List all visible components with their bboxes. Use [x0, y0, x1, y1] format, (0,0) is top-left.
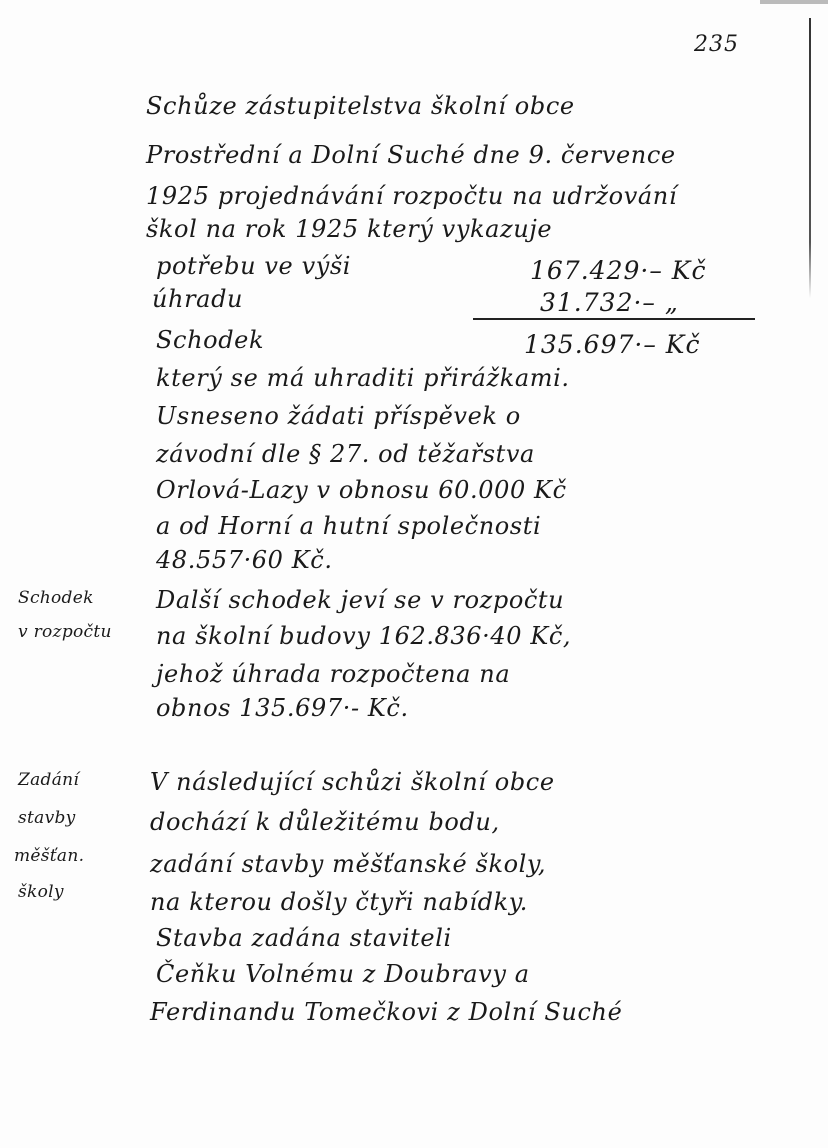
margin-note-deficit-1: Schodek	[18, 588, 94, 608]
contract-line-6: Čeňku Volnému z Doubravy a	[156, 960, 530, 988]
budget-amount-deficit: 135.697·– Kč	[524, 330, 700, 359]
margin-note-contract-1: Zadání	[18, 770, 79, 790]
contract-line-7: Ferdinandu Tomečkovi z Dolní Suché	[150, 998, 622, 1026]
body-line-4: škol na rok 1925 který vykazuje	[146, 215, 552, 243]
scan-edge-shade	[760, 0, 828, 4]
budget-label-need: potřebu ve výši	[156, 252, 351, 280]
page-number: 235	[694, 32, 739, 57]
contract-line-3: zadání stavby měšťanské školy,	[150, 850, 546, 878]
contract-line-5: Stavba zadána staviteli	[156, 924, 452, 952]
body-line-3: 1925 projednávání rozpočtu na udržování	[146, 182, 677, 210]
margin-note-contract-4: školy	[18, 882, 64, 902]
margin-note-deficit-2: v rozpočtu	[18, 622, 112, 642]
budget-amount-need: 167.429·– Kč	[530, 256, 706, 285]
margin-note-contract-2: stavby	[18, 808, 76, 828]
budget-label-coverage: úhradu	[152, 285, 243, 313]
budget-amount-coverage: 31.732·– „	[540, 288, 679, 317]
deficit-line-2: na školní budovy 162.836·40 Kč,	[156, 622, 571, 650]
page-border-line	[809, 18, 811, 298]
manuscript-page: 235 Schůze zástupitelstva školní obce Pr…	[0, 0, 828, 1148]
body-line-1: Schůze zástupitelstva školní obce	[146, 92, 575, 120]
budget-label-deficit: Schodek	[156, 326, 264, 354]
subsidy-line-6: 48.557·60 Kč.	[156, 546, 333, 574]
subsidy-line-5: a od Horní a hutní společnosti	[156, 512, 541, 540]
deficit-line-3: jehož úhrada rozpočtena na	[156, 660, 510, 688]
subsidy-line-4: Orlová-Lazy v obnosu 60.000 Kč	[156, 476, 567, 504]
subsidy-line-1: který se má uhraditi přirážkami.	[156, 364, 570, 392]
subsidy-line-3: závodní dle § 27. od těžařstva	[156, 440, 535, 468]
deficit-line-1: Další schodek jeví se v rozpočtu	[156, 586, 564, 614]
subsidy-line-2: Usneseno žádati příspěvek o	[156, 402, 521, 430]
body-line-2: Prostřední a Dolní Suché dne 9. července	[146, 141, 676, 169]
contract-line-4: na kterou došly čtyři nabídky.	[150, 888, 528, 916]
sum-rule-line	[473, 318, 755, 320]
deficit-line-4: obnos 135.697·- Kč.	[156, 694, 409, 722]
margin-note-contract-3: měšťan.	[14, 846, 84, 866]
contract-line-2: dochází k důležitému bodu,	[150, 808, 500, 836]
contract-line-1: V následující schůzi školní obce	[150, 768, 555, 796]
